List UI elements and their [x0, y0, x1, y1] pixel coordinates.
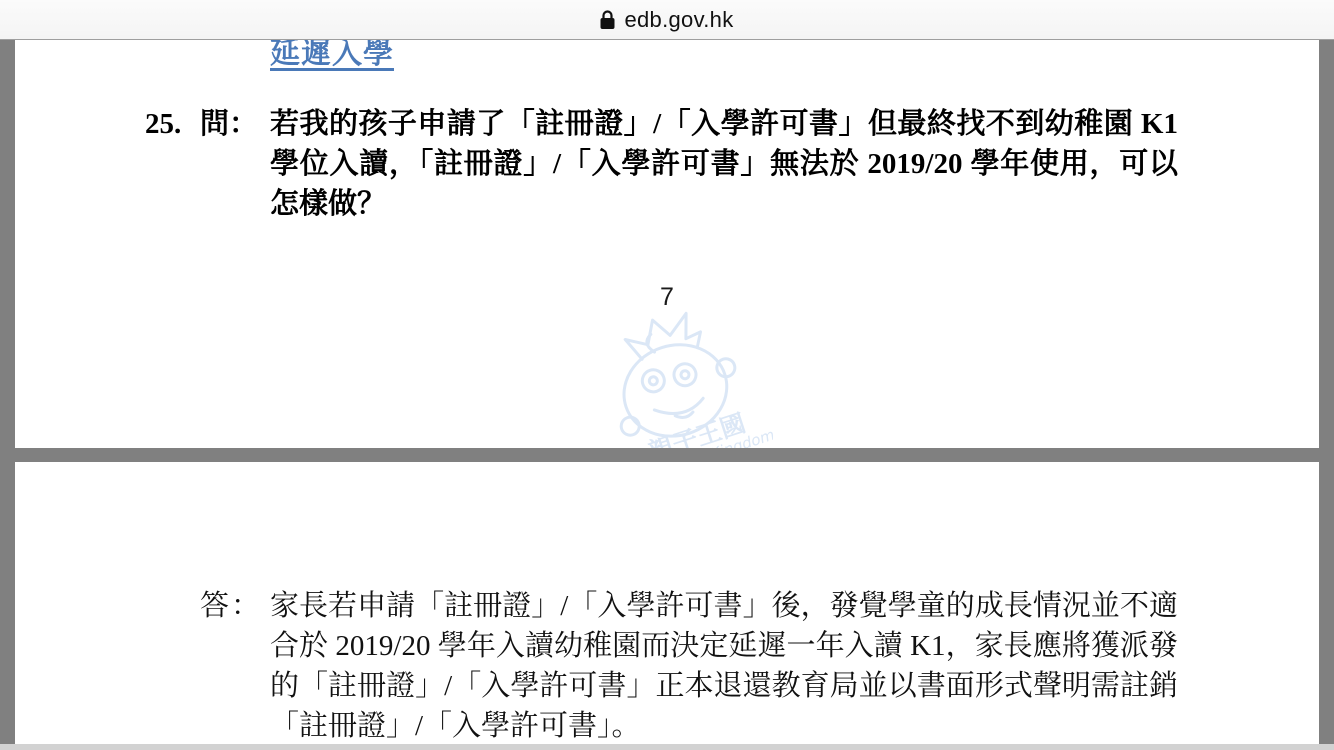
url-domain: edb.gov.hk	[624, 7, 733, 33]
toc-link-deferred-admission[interactable]: 延遲入學	[270, 40, 394, 72]
question-label: 問：	[200, 104, 270, 224]
bottom-toolbar-edge	[0, 744, 1334, 750]
answer-text: 家長若申請「註冊證」/「入學許可書」後，發覺學童的成長情況並不適合於 2019/…	[270, 586, 1178, 744]
question-25-block: 25. 問： 若我的孩子申請了「註冊證」/「入學許可書」但最終找不到幼稚園 K1…	[145, 104, 1178, 224]
question-text: 若我的孩子申請了「註冊證」/「入學許可書」但最終找不到幼稚園 K1 學位入讀，「…	[270, 104, 1178, 224]
answer-25-block: 答： 家長若申請「註冊證」/「入學許可書」後，發覺學童的成長情況並不適合於 20…	[200, 586, 1178, 744]
babykingdom-watermark-icon: 親子王國 BabyKingdom	[593, 308, 773, 448]
question-number: 25.	[145, 104, 200, 224]
pdf-page-1: 延遲入學 25. 問： 若我的孩子申請了「註冊證」/「入學許可書」但最終找不到幼…	[15, 40, 1319, 448]
lock-icon	[600, 10, 615, 30]
pdf-page-2: 答： 家長若申請「註冊證」/「入學許可書」後，發覺學童的成長情況並不適合於 20…	[15, 462, 1319, 744]
browser-url-bar[interactable]: edb.gov.hk	[0, 0, 1334, 40]
screenshot-root: { "browser": { "url_bar": { "domain": "e…	[0, 0, 1334, 750]
answer-label: 答：	[200, 586, 270, 744]
